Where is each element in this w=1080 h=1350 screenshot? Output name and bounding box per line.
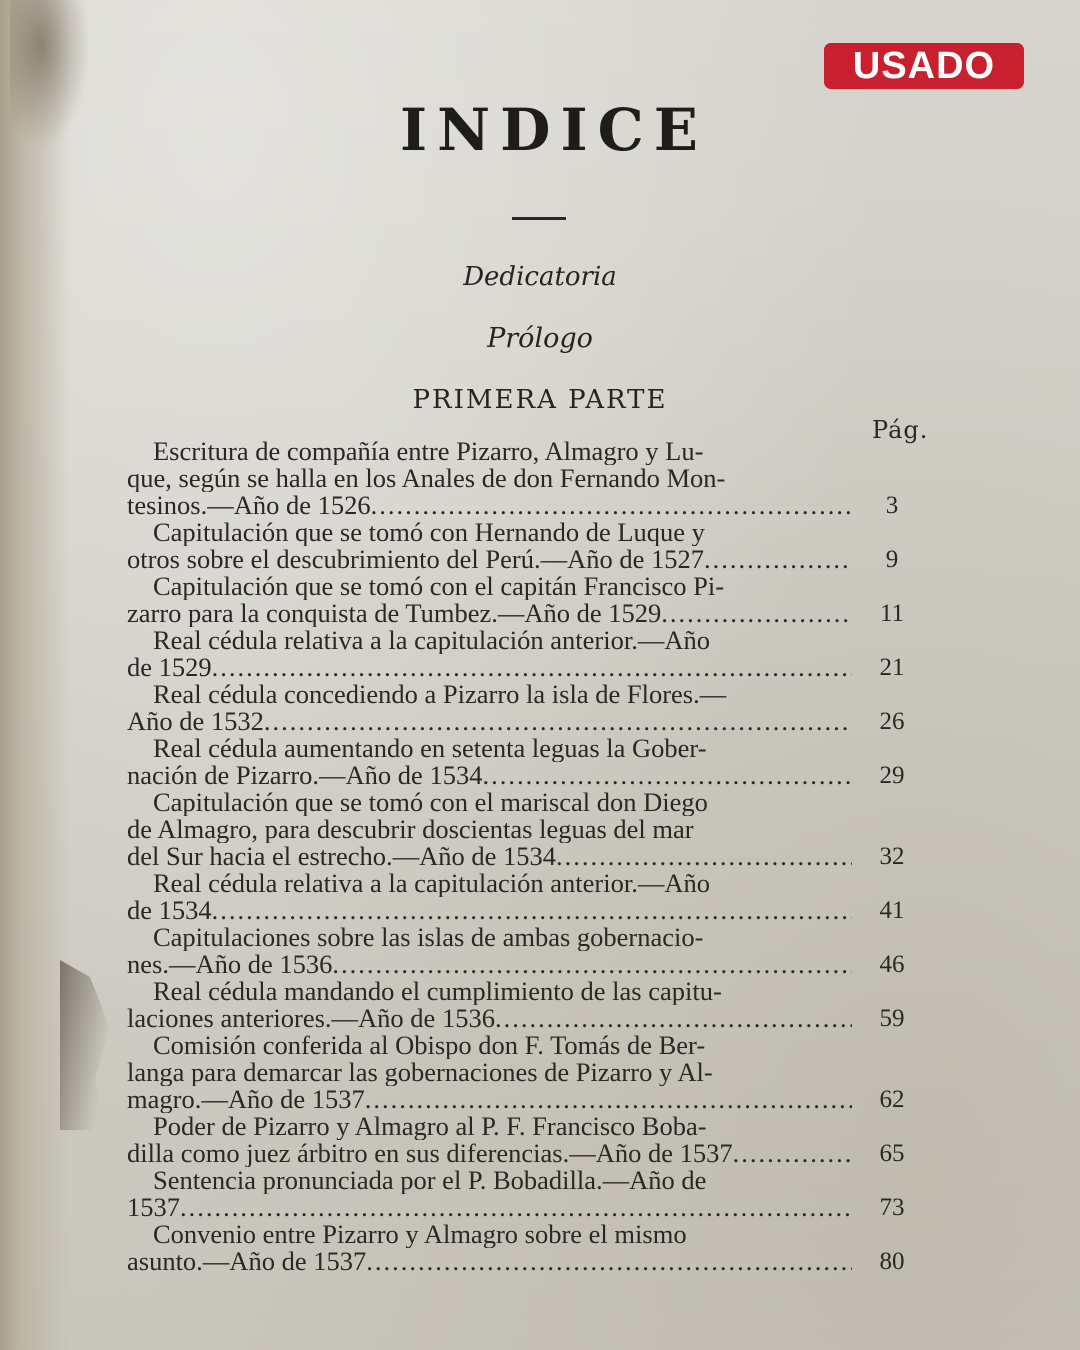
- toc-entry-line: otros sobre el descubrimiento del Perú.—…: [127, 546, 852, 573]
- toc-page-number: 73: [862, 1194, 922, 1221]
- toc-entry: Comisión conferida al Obispo don F. Tomá…: [127, 1032, 852, 1113]
- toc-page-number: 11: [862, 600, 922, 627]
- toc-entry-line: Poder de Pizarro y Almagro al P. F. Fran…: [127, 1113, 852, 1140]
- toc-entry-text: Año de 1532: [127, 708, 264, 735]
- toc-entry: Capitulaciones sobre las islas de ambas …: [127, 924, 852, 978]
- toc-entry-line: Capitulación que se tomó con Hernando de…: [127, 519, 852, 546]
- toc-page-number: 41: [862, 897, 922, 924]
- toc-entry-text: magro.—Año de 1537: [127, 1086, 365, 1113]
- dot-leader: ........................................…: [482, 762, 852, 789]
- toc-entry-line: de 1529.................................…: [127, 654, 852, 681]
- toc-page-number: 80: [862, 1248, 922, 1275]
- toc-entry-line: magro.—Año de 1537......................…: [127, 1086, 852, 1113]
- toc-page-number: 46: [862, 951, 922, 978]
- toc-page-number: 26: [862, 708, 922, 735]
- toc-entry: Sentencia pronunciada por el P. Bobadill…: [127, 1167, 852, 1221]
- toc-entry-line: Real cédula relativa a la capitulación a…: [127, 870, 852, 897]
- toc-page-number: 21: [862, 654, 922, 681]
- toc-entry-text: otros sobre el descubrimiento del Perú.—…: [127, 546, 704, 573]
- page-column-label: Pág.: [872, 416, 928, 444]
- toc-entry-text: zarro para la conquista de Tumbez.—Año d…: [127, 600, 661, 627]
- page-tear: [60, 960, 110, 1130]
- toc-entry-line: de 1534.................................…: [127, 897, 852, 924]
- toc-entry-line: Convenio entre Pizarro y Almagro sobre e…: [127, 1221, 852, 1248]
- toc-entry: Capitulación que se tomó con Hernando de…: [127, 519, 852, 573]
- badge-label: USADO: [853, 45, 995, 88]
- toc-entry: Escritura de compañía entre Pizarro, Alm…: [127, 438, 852, 519]
- toc-entry-text: tesinos.—Año de 1526: [127, 492, 371, 519]
- toc-entry: Real cédula relativa a la capitulación a…: [127, 870, 852, 924]
- spine-shadow: [0, 0, 70, 1350]
- toc-entry-line: Capitulaciones sobre las islas de ambas …: [127, 924, 852, 951]
- dot-leader: ........................................…: [556, 843, 852, 870]
- toc-page-number: 3: [862, 492, 922, 519]
- toc-entry-text: dilla como juez árbitro en sus diferenci…: [127, 1140, 733, 1167]
- dot-leader: ........................................…: [366, 1248, 852, 1275]
- front-matter-prologo: Prólogo: [0, 323, 1080, 354]
- page-stain: [10, 0, 90, 150]
- dot-leader: ........................................…: [212, 897, 852, 924]
- toc-entry-text: de 1529: [127, 654, 212, 681]
- section-heading: PRIMERA PARTE: [0, 385, 1080, 415]
- toc-entry: Real cédula relativa a la capitulación a…: [127, 627, 852, 681]
- toc-entry-line: de Almagro, para descubrir doscientas le…: [127, 816, 852, 843]
- toc-entry-text: asunto.—Año de 1537: [127, 1248, 366, 1275]
- dot-leader: ........................................…: [264, 708, 852, 735]
- toc-entry: Poder de Pizarro y Almagro al P. F. Fran…: [127, 1113, 852, 1167]
- page-title: INDICE: [400, 96, 680, 164]
- toc-entry-line: Real cédula aumentando en setenta leguas…: [127, 735, 852, 762]
- toc-entry-text: nación de Pizarro.—Año de 1534: [127, 762, 482, 789]
- toc-page-number: 29: [862, 762, 922, 789]
- toc-entry-line: dilla como juez árbitro en sus diferenci…: [127, 1140, 852, 1167]
- toc-entry-line: langa para demarcar las gobernaciones de…: [127, 1059, 852, 1086]
- toc-entry-line: asunto.—Año de 1537.....................…: [127, 1248, 852, 1275]
- dot-leader: ........................................…: [332, 951, 852, 978]
- toc-entry-line: tesinos.—Año de 1526....................…: [127, 492, 852, 519]
- toc-entry-line: zarro para la conquista de Tumbez.—Año d…: [127, 600, 852, 627]
- toc-entry-line: Capitulación que se tomó con el capitán …: [127, 573, 852, 600]
- toc-entry: Real cédula aumentando en setenta leguas…: [127, 735, 852, 789]
- toc-entry: Real cédula mandando el cumplimiento de …: [127, 978, 852, 1032]
- toc-page-number: 9: [862, 546, 922, 573]
- toc-entry-line: Comisión conferida al Obispo don F. Tomá…: [127, 1032, 852, 1059]
- toc-entry-line: Escritura de compañía entre Pizarro, Alm…: [127, 438, 852, 465]
- toc-entry-line: nes.—Año de 1536........................…: [127, 951, 852, 978]
- toc-entry-line: que, según se halla en los Anales de don…: [127, 465, 852, 492]
- toc-entry-line: Año de 1532.............................…: [127, 708, 852, 735]
- dot-leader: ........................................…: [495, 1005, 852, 1032]
- used-condition-badge: USADO: [824, 43, 1024, 89]
- toc-entry-line: Real cédula relativa a la capitulación a…: [127, 627, 852, 654]
- toc-entry-line: nación de Pizarro.—Año de 1534..........…: [127, 762, 852, 789]
- book-page-photo: USADO INDICE Dedicatoria Prólogo PRIMERA…: [0, 0, 1080, 1350]
- toc-entry-text: de 1534: [127, 897, 212, 924]
- toc-entry-text: nes.—Año de 1536: [127, 951, 332, 978]
- toc-entry-text: laciones anteriores.—Año de 1536: [127, 1005, 495, 1032]
- toc-entry-text: 1537: [127, 1194, 180, 1221]
- toc-entry-line: Real cédula mandando el cumplimiento de …: [127, 978, 852, 1005]
- toc-page-number: 32: [862, 843, 922, 870]
- dot-leader: ........................................…: [212, 654, 852, 681]
- toc-entry-line: del Sur hacia el estrecho.—Año de 1534..…: [127, 843, 852, 870]
- toc-entry-line: 1537....................................…: [127, 1194, 852, 1221]
- toc-page-number: 59: [862, 1005, 922, 1032]
- toc-entry-text: del Sur hacia el estrecho.—Año de 1534: [127, 843, 556, 870]
- dot-leader: ........................................…: [365, 1086, 852, 1113]
- toc-entry-line: laciones anteriores.—Año de 1536........…: [127, 1005, 852, 1032]
- toc-entry: Capitulación que se tomó con el capitán …: [127, 573, 852, 627]
- dot-leader: ........................................…: [704, 546, 852, 573]
- toc-entry-line: Capitulación que se tomó con el mariscal…: [127, 789, 852, 816]
- dot-leader: ........................................…: [661, 600, 852, 627]
- dot-leader: ........................................…: [371, 492, 852, 519]
- dot-leader: ........................................…: [180, 1194, 852, 1221]
- toc-entry: Real cédula concediendo a Pizarro la isl…: [127, 681, 852, 735]
- table-of-contents: Escritura de compañía entre Pizarro, Alm…: [127, 438, 852, 1275]
- toc-entry-line: Sentencia pronunciada por el P. Bobadill…: [127, 1167, 852, 1194]
- dot-leader: ........................................…: [733, 1140, 852, 1167]
- front-matter-dedicatoria: Dedicatoria: [0, 262, 1080, 292]
- toc-page-number: 62: [862, 1086, 922, 1113]
- toc-entry: Capitulación que se tomó con el mariscal…: [127, 789, 852, 870]
- toc-page-number: 65: [862, 1140, 922, 1167]
- title-divider: [512, 217, 566, 220]
- toc-entry: Convenio entre Pizarro y Almagro sobre e…: [127, 1221, 852, 1275]
- toc-entry-line: Real cédula concediendo a Pizarro la isl…: [127, 681, 852, 708]
